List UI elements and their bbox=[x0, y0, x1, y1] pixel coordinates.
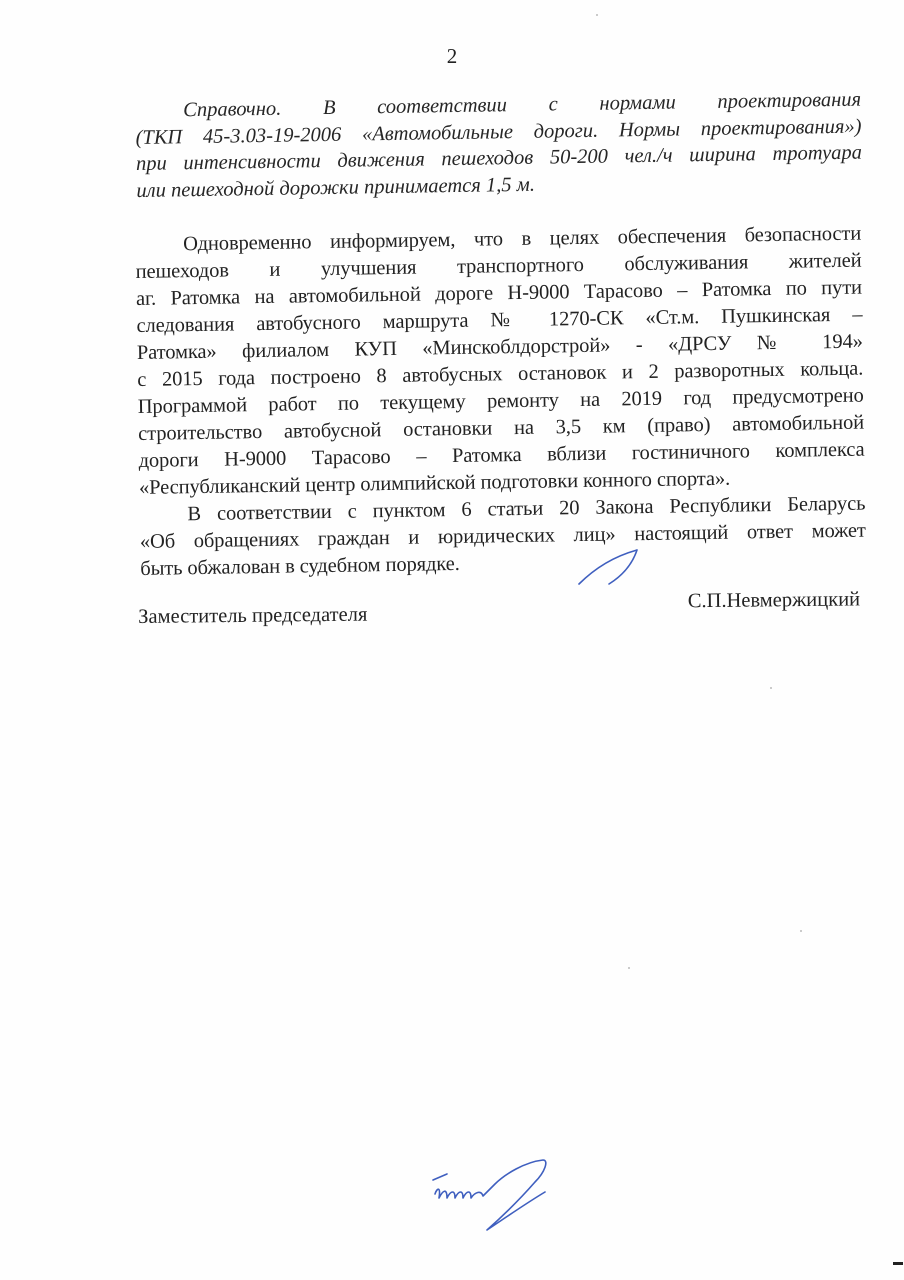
document-page: 2 Справочно. В соответствии с нормами пр… bbox=[0, 0, 904, 1280]
signatory-name: С.П.Невмержицкий bbox=[688, 588, 861, 613]
scan-speck bbox=[596, 14, 598, 16]
signature-block: Заместитель председателя С.П.Невмержицки… bbox=[138, 588, 860, 596]
handwritten-signature bbox=[425, 1158, 575, 1238]
paragraph-appeal-notice: В соответствии с пунктом 6 статьи 20 Зак… bbox=[139, 491, 866, 583]
page-number: 2 bbox=[0, 44, 904, 69]
main-body: Одновременно информируем, что в целях об… bbox=[135, 221, 866, 583]
scan-edge-mark bbox=[893, 1262, 903, 1265]
signatory-title: Заместитель председателя bbox=[138, 604, 367, 629]
scan-speck bbox=[770, 687, 772, 689]
paragraph-bus-stops: Одновременно информируем, что в целях об… bbox=[135, 221, 865, 502]
reference-note: Справочно. В соответствии с нормами прое… bbox=[135, 87, 863, 204]
pen-stroke-mark bbox=[575, 548, 645, 588]
scan-speck bbox=[628, 967, 630, 969]
scan-speck bbox=[800, 930, 802, 932]
